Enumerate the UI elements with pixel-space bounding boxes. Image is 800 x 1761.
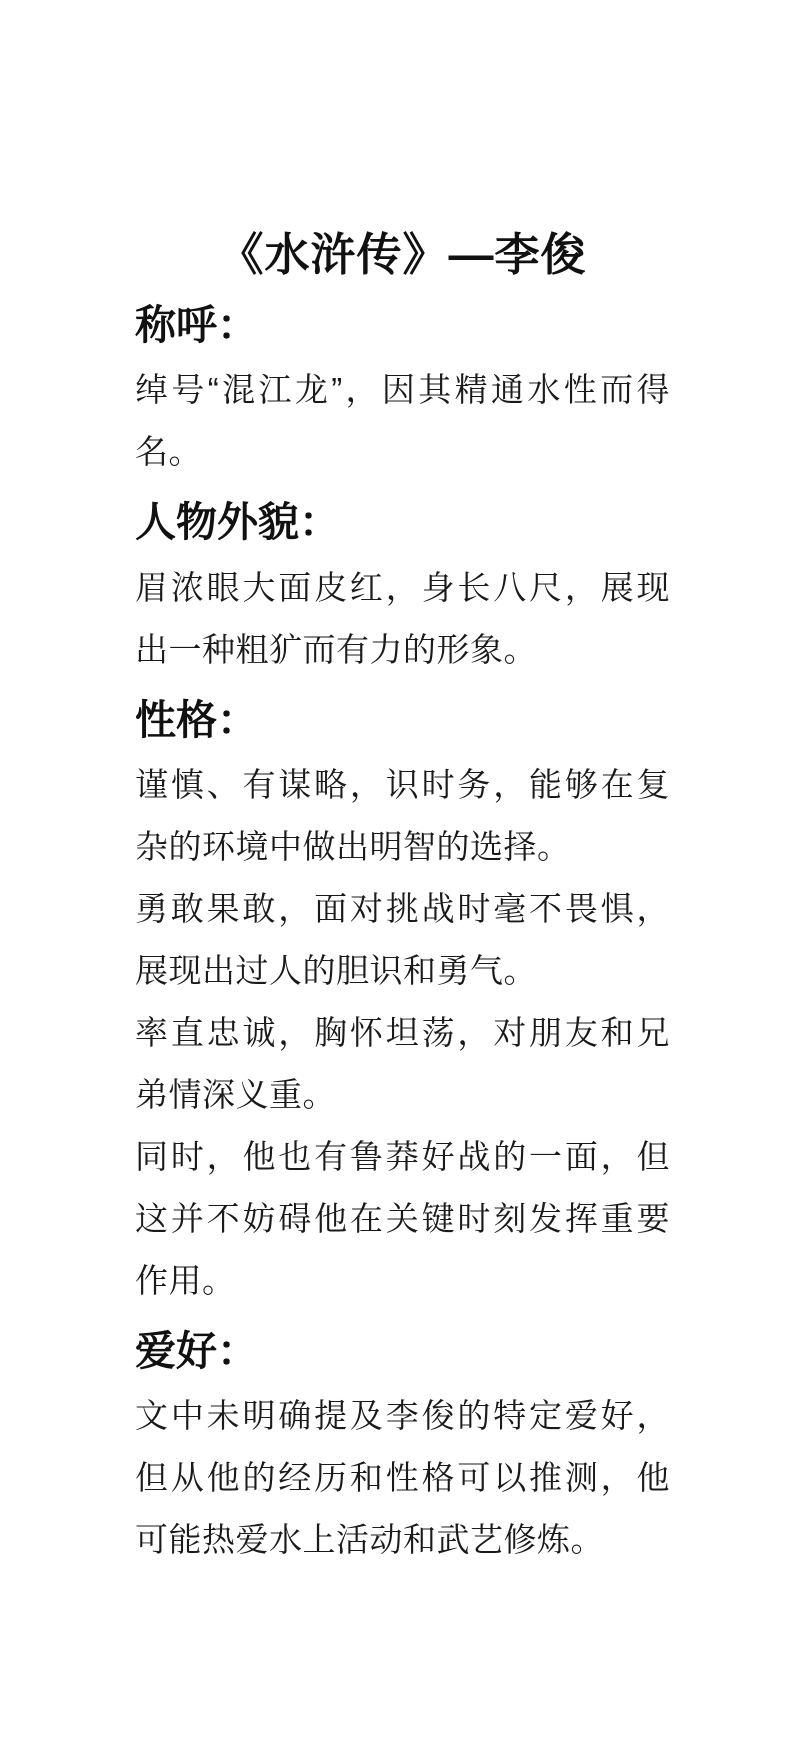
paragraph: 谨慎、有谋略，识时务，能够在复杂的环境中做出明智的选择。: [135, 754, 670, 878]
paragraph: 率直忠诚，胸怀坦荡，对朋友和兄弟情深义重。: [135, 1002, 670, 1126]
section-heading-chenghu: 称呼：: [135, 300, 670, 351]
paragraph: 同时，他也有鲁莽好战的一面，但这并不妨碍他在关键时刻发挥重要作用。: [135, 1126, 670, 1312]
paragraph: 文中未明确提及李俊的特定爱好，但从他的经历和性格可以推测，他可能热爱水上活动和武…: [135, 1385, 670, 1571]
section-waimao: 人物外貌： 眉浓眼大面皮红，身长八尺，展现出一种粗犷而有力的形象。: [135, 497, 670, 680]
section-heading-aihao: 爱好：: [135, 1326, 670, 1377]
section-xingge: 性格： 谨慎、有谋略，识时务，能够在复杂的环境中做出明智的选择。 勇敢果敢，面对…: [135, 695, 670, 1312]
paragraph: 绰号“混江龙”，因其精通水性而得名。: [135, 359, 670, 483]
section-aihao: 爱好： 文中未明确提及李俊的特定爱好，但从他的经历和性格可以推测，他可能热爱水上…: [135, 1326, 670, 1571]
section-chenghu: 称呼： 绰号“混江龙”，因其精通水性而得名。: [135, 300, 670, 483]
paragraph: 眉浓眼大面皮红，身长八尺，展现出一种粗犷而有力的形象。: [135, 557, 670, 681]
page-title: 《水浒传》—李俊: [135, 228, 670, 282]
section-heading-waimao: 人物外貌：: [135, 497, 670, 548]
section-heading-xingge: 性格：: [135, 695, 670, 746]
document-page: 《水浒传》—李俊 称呼： 绰号“混江龙”，因其精通水性而得名。 人物外貌： 眉浓…: [0, 0, 800, 1761]
paragraph: 勇敢果敢，面对挑战时毫不畏惧，展现出过人的胆识和勇气。: [135, 878, 670, 1002]
